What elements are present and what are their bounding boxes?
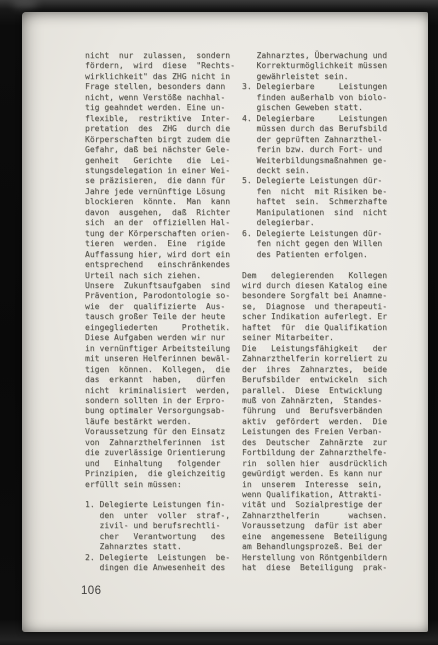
left-text-column: nicht nur zulassen, sondern fördern, wir… xyxy=(85,51,235,574)
film-edge-notch xyxy=(12,0,38,9)
right-text-column: Zahnarztes, Überwachung und Korrekturmög… xyxy=(242,51,387,574)
book-page: nicht nur zulassen, sondern fördern, wir… xyxy=(22,12,428,632)
scan-background-frame: nicht nur zulassen, sondern fördern, wir… xyxy=(0,0,438,645)
page-number: 106 xyxy=(81,585,101,597)
